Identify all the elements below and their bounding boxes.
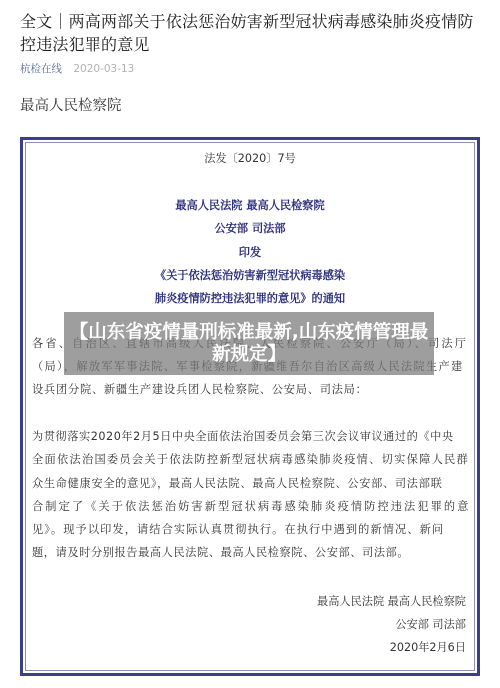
body-line: 全面依法治国委员会关于依法防控新型冠状病毒感染肺炎疫情、切实保障人民群 <box>32 452 468 467</box>
caption-overlay: 【山东省疫情量刑标准最新,山东疫情管理最新规定】 <box>64 312 434 375</box>
body-line: 见》。现予以印发，请结合实际认真贯彻执行。在执行中遇到的新情况、新问 <box>32 522 468 537</box>
signature-line: 公安部 司法部 <box>395 617 466 632</box>
document-number: 法发〔2020〕7号 <box>0 151 500 166</box>
body-line: 题，请及时分别报告最高人民法院、最高人民检察院、公安部、司法部。 <box>32 545 468 560</box>
caption-text: 【山东省疫情量刑标准最新,山东疫情管理最新规定】 <box>69 322 429 366</box>
body-line: 合制定了《关于依法惩治妨害新型冠状病毒感染肺炎疫情防控违法犯罪的意 <box>32 499 468 514</box>
signature-line: 最高人民法院 最高人民检察院 <box>317 594 466 609</box>
issuer-line: 印发 <box>0 245 500 260</box>
issuer-line: 公安部 司法部 <box>0 221 500 236</box>
notice-title-line: 《关于依法惩治妨害新型冠状病毒感染 <box>0 268 500 283</box>
signature-date: 2020年2月6日 <box>390 640 466 655</box>
body-line: 为贯彻落实2020年2月5日中央全面依法治国委员会第三次会议审议通过的《中央 <box>32 429 468 444</box>
issuer-line: 最高人民法院 最高人民检察院 <box>0 198 500 213</box>
addressee-line: 设兵团分院、新疆生产建设兵团人民检察院、公安局、司法局： <box>32 382 468 397</box>
notice-title-line: 肺炎疫情防控违法犯罪的意见》的通知 <box>0 291 500 306</box>
body-line: 众生命健康安全的意见》，最高人民法院、最高人民检察院、公安部、司法部联 <box>32 476 468 491</box>
